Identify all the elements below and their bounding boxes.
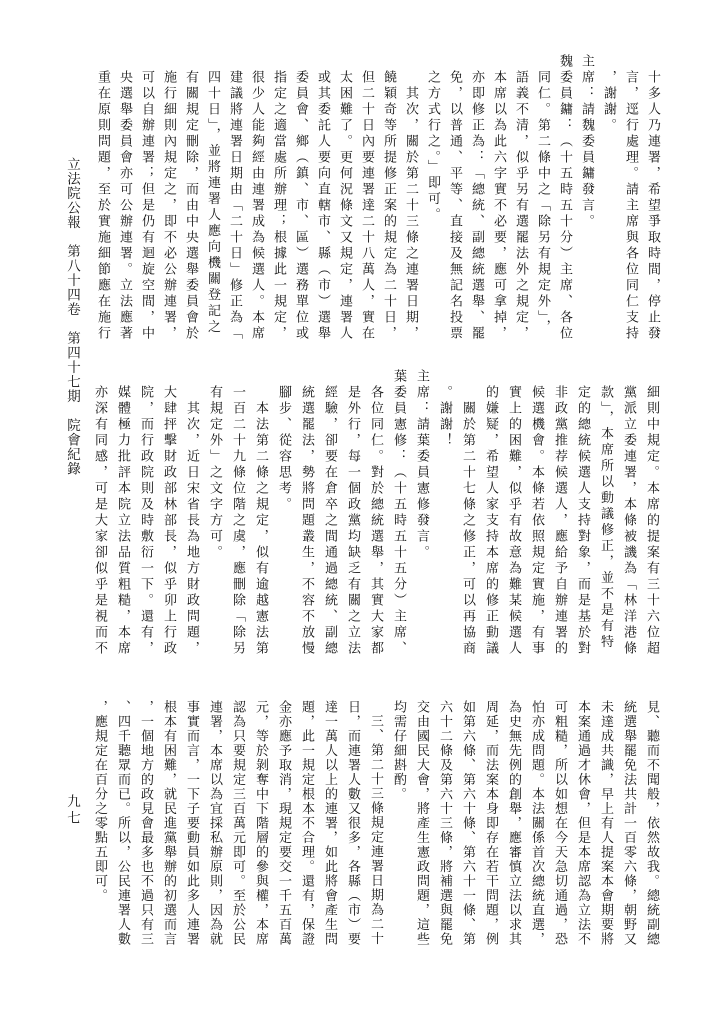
text-column: 之方式行之。」即可。 (421, 54, 443, 364)
text-column: 有關規定刪除，而由中央選舉委員會於 (179, 54, 201, 364)
text-column: 實上的困難，似乎有故意為難某候選人 (502, 369, 525, 679)
text-column: 是外行，每一個政黨均缺乏有關之立法 (341, 369, 364, 679)
text-column: 委員會、鄉（鎮、市、區）選務單位或 (289, 54, 311, 364)
text-column: 言，逕行處理。請主席與各位同仁支持 (619, 54, 641, 364)
text-column: 葉委員憲修：（十五時五十五分）主席、 (387, 369, 410, 679)
text-column: 主席：請魏委員鏞發言。 (575, 54, 597, 364)
gazette-caption: 立法院公報 第八十四卷 第四十七期 院會紀錄 (63, 157, 80, 476)
text-column: 題，此一規定根本不合理。還有，保證 (295, 685, 318, 970)
text-column: 為史無先例的創舉，應審慎立法以求其 (502, 685, 525, 970)
text-column: 周延，而法案本身即存在若干問題，例 (479, 685, 502, 970)
text-column: 其次，近日宋省長為地方財政問題， (180, 369, 203, 679)
text-column: 根本有困難，就民進黨舉辦的初選而言 (157, 685, 180, 970)
text-column: 同仁。第二條中之「除另有規定外」， (531, 54, 553, 364)
text-column: 免，以普通、平等、直接及無記名投票 (443, 54, 465, 364)
text-column: 可粗糙，所以如想在今天急切通過，恐 (548, 685, 571, 970)
text-column: 連署，本席以為宜採私辦原則，因為就 (203, 685, 226, 970)
text-column: 本席以為此六字實不必要，應可拿掉， (487, 54, 509, 364)
text-column: 元，等於剝奪中下階層的參與權，本席 (249, 685, 272, 970)
text-column: 非政黨推荐候選人，應給予自辦連署的 (548, 369, 571, 679)
text-band-bottom: 見、聽而不聞般，依然故我。總統副總統選舉罷免法共計一百零六條，朝野又未達成共識，… (88, 685, 663, 970)
page-number: 九七 (63, 794, 80, 827)
text-column: 三、第二十三條規定連署日期為二十 (364, 685, 387, 970)
text-column: 院，而行政院則及時敷衍一下。還有， (134, 369, 157, 679)
text-column: 但二十日內要連署達二十八萬人，實在 (355, 54, 377, 364)
text-column: 的嫌疑，希望人家支持本席的修正動議 (479, 369, 502, 679)
text-column: ，應規定在百分之零點五即可。 (88, 685, 111, 970)
text-column: 關於第二十七條之修正，可以再協商 (456, 369, 479, 679)
text-column: 很少人能夠經由連署成為候選人。本席 (245, 54, 267, 364)
text-column: 黨派立委連署，本條被譏為「林洋港條 (617, 369, 640, 679)
text-column: 細則中規定。本席的提案有三十六位超 (640, 369, 663, 679)
text-column: 統選舉罷免法共計一百零六條，朝野又 (617, 685, 640, 970)
text-column: 六十二條及第六十三條，將補選與罷免 (433, 685, 456, 970)
text-column: 如第六條、第六十條、第六十一條、第 (456, 685, 479, 970)
text-column: 認為只要規定三百萬元即可。至於公民 (226, 685, 249, 970)
text-column: 見、聽而不聞般，依然故我。總統副總 (640, 685, 663, 970)
text-column: 達一萬人以上的連署，如此將會產生問 (318, 685, 341, 970)
text-column: 。謝謝！ (433, 369, 456, 679)
text-column: 亦深有同感，可是大家卻似乎是視而不 (88, 369, 111, 679)
text-column: 指定之適當處所辦理；根據此一規定， (267, 54, 289, 364)
text-column: 均需仔細斟酌。 (387, 685, 410, 970)
text-column: 未達成共識，早上有人提案本會期要將 (594, 685, 617, 970)
gazette-page: 立法院公報 第八十四卷 第四十七期 院會紀錄 十多人乃連署，希望爭取時間，停止發… (0, 0, 726, 1024)
text-column: 、四千聽眾而已。所以，公民連署人數 (111, 685, 134, 970)
text-column: 魏委員鏞：（十五時五十分）主席、各位 (553, 54, 575, 364)
text-column: 饒穎奇等所提修正案的規定為二十日， (377, 54, 399, 364)
text-column: 亦即修正為：「總統、副總統選舉、罷 (465, 54, 487, 364)
text-column: ，謝謝。 (597, 54, 619, 364)
text-column: 重在原則問題，至於實施細節應在施行 (91, 54, 113, 364)
text-column: 本案通過才休會，但是本席認為立法不 (571, 685, 594, 970)
text-band-middle: 細則中規定。本席的提案有三十六位超黨派立委連署，本條被譏為「林洋港條款」，本席所… (88, 369, 663, 679)
text-column: 定的總統候選人支持對象，而是基於對 (571, 369, 594, 679)
text-column: ，一個地方的政見會最多也不過只有三 (134, 685, 157, 970)
text-column: 主席：請葉委員憲修發言。 (410, 369, 433, 679)
text-column: 款」，本席所以動議修正，並不是有特 (594, 369, 617, 679)
text-column: 金亦應予取消，現規定要交一千五百萬 (272, 685, 295, 970)
text-column: 怕亦成問題。本法關係首次總統直選， (525, 685, 548, 970)
text-column: 事實而言，一下子要動員如此多人連署 (180, 685, 203, 970)
text-column: 各位同仁。對於總統選舉，其實大家都 (364, 369, 387, 679)
text-column: 施行細則內規定之，即不必公辦連署， (157, 54, 179, 364)
text-column: 其次，關於第二十三條之連署日期， (399, 54, 421, 364)
text-column: 可以自辦連署；但是仍有迴旋空間，中 (135, 54, 157, 364)
text-column: 四十日」，並將連署人應向機關登記之 (201, 54, 223, 364)
text-column: 語義不清，似乎另有選罷法外之規定， (509, 54, 531, 364)
text-column: 大肆抨擊財政部林部長，似乎卯上行政 (157, 369, 180, 679)
text-column: 統選罷法，勢將問題叢生，不容不放慢 (295, 369, 318, 679)
text-column: 十多人乃連署，希望爭取時間，停止發 (641, 54, 663, 364)
text-column: 或其委託人要向直轄市、縣（市）選舉 (311, 54, 333, 364)
text-column: 日，而連署人數又很多，各縣（市）要 (341, 685, 364, 970)
text-column: 經驗，卻要在倉卒之間通過總統、副總 (318, 369, 341, 679)
text-column: 媒體極力批評本院立法品質粗糙，本席 (111, 369, 134, 679)
text-column: 一百二十九條位階之虞，應刪除「除另 (226, 369, 249, 679)
text-column: 候選機會。本條若依照規定實施，有事 (525, 369, 548, 679)
text-column: 本法第二條之規定，似有逾越憲法第 (249, 369, 272, 679)
text-column: 交由國民大會，將產生憲政問題，這些 (410, 685, 433, 970)
text-column: 腳步、從容思考。 (272, 369, 295, 679)
text-column: 有規定外」之文字方可。 (203, 369, 226, 679)
text-column: 央選舉委員會亦可公辦連署。立法應著 (113, 54, 135, 364)
text-column: 太困難了。更何況條文又規定，連署人 (333, 54, 355, 364)
text-band-top: 十多人乃連署，希望爭取時間，停止發言，逕行處理。請主席與各位同仁支持，謝謝。主席… (91, 54, 663, 364)
text-column: 建議將連署日期由「二十日」修正為「 (223, 54, 245, 364)
